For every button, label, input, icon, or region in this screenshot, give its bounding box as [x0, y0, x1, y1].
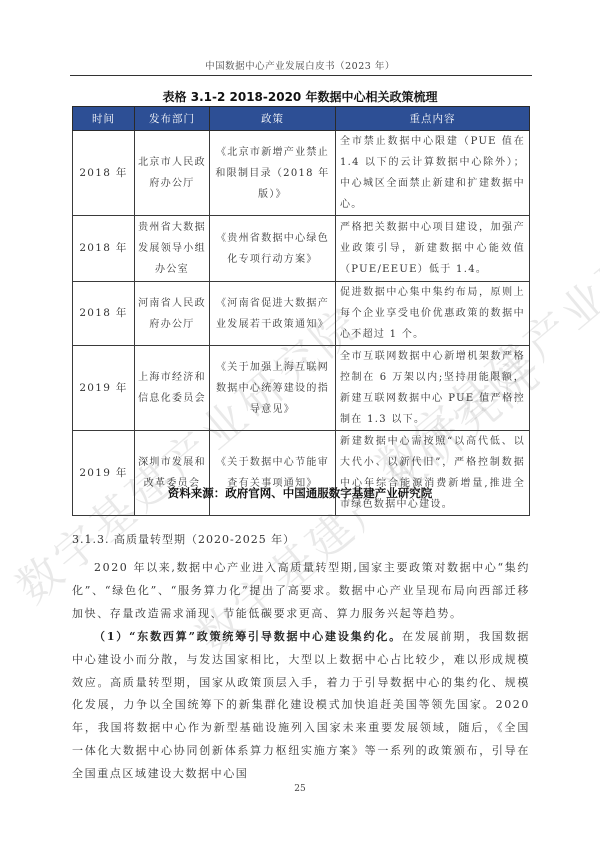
page-number: 25: [0, 784, 600, 794]
cell-content: 新建数据中心需按照“以高代低、以大代小、以新代旧”，严格控制数据中心年综合能源消…: [336, 431, 530, 516]
section-heading: 3.1.3. 高质量转型期（2020-2025 年）: [72, 531, 295, 547]
cell-policy: 《贵州省数据中心绿色化专项行动方案》: [210, 216, 336, 282]
cell-dept: 河南省人民政府办公厅: [135, 282, 210, 346]
cell-policy: 《河南省促进大数据产业发展若干政策通知》: [210, 282, 336, 346]
cell-dept: 贵州省大数据发展领导小组办公室: [135, 216, 210, 282]
table-row: 2018 年 北京市人民政府办公厅 《北京市新增产业禁止和限制目录（2018 年…: [73, 131, 530, 216]
body-paragraph: 2020 年以来,数据中心产业进入高质量转型期,国家主要政策对数据中心“集约化”…: [72, 557, 530, 625]
cell-time: 2019 年: [73, 346, 135, 431]
cell-policy: 《关于数据中心节能审查有关事项通知》: [210, 431, 336, 516]
table-row: 2018 年 河南省人民政府办公厅 《河南省促进大数据产业发展若干政策通知》 促…: [73, 282, 530, 346]
cell-content: 严格把关数据中心项目建设，加强产业政策引导，新建数据中心能效值（PUE/EEUE…: [336, 216, 530, 282]
table-caption: 表格 3.1-2 2018-2020 年数据中心相关政策梳理: [0, 88, 600, 105]
cell-policy: 《关于加强上海互联网数据中心统筹建设的指导意见》: [210, 346, 336, 431]
table-header-row: 时间 发布部门 政策 重点内容: [73, 107, 530, 131]
column-header-policy: 政策: [210, 107, 336, 131]
cell-content: 全市禁止数据中心限建（PUE 值在 1.4 以下的云计算数据中心除外）；中心城区…: [336, 131, 530, 216]
column-header-content: 重点内容: [336, 107, 530, 131]
column-header-dept: 发布部门: [135, 107, 210, 131]
policy-table: 时间 发布部门 政策 重点内容 2018 年 北京市人民政府办公厅 《北京市新增…: [72, 106, 530, 516]
table-row: 2018 年 贵州省大数据发展领导小组办公室 《贵州省数据中心绿色化专项行动方案…: [73, 216, 530, 282]
cell-dept: 上海市经济和信息化委员会: [135, 346, 210, 431]
cell-time: 2019 年: [73, 431, 135, 516]
table-row: 2019 年 上海市经济和信息化委员会 《关于加强上海互联网数据中心统筹建设的指…: [73, 346, 530, 431]
cell-dept: 北京市人民政府办公厅: [135, 131, 210, 216]
cell-dept: 深圳市发展和改革委员会: [135, 431, 210, 516]
cell-time: 2018 年: [73, 282, 135, 346]
source-note: 资料来源：政府官网、中国通服数字基建产业研究院: [0, 485, 600, 501]
cell-time: 2018 年: [73, 131, 135, 216]
body-paragraph: （1）“东数西算”政策统筹引导数据中心建设集约化。在发展前期，我国数据中心建设小…: [72, 626, 530, 786]
cell-time: 2018 年: [73, 216, 135, 282]
cell-policy: 《北京市新增产业禁止和限制目录（2018 年版）》: [210, 131, 336, 216]
column-header-time: 时间: [73, 107, 135, 131]
cell-content: 促进数据中心集中集约布局，原则上每个企业享受电价优惠政策的数据中心不超过 1 个…: [336, 282, 530, 346]
table-row: 2019 年 深圳市发展和改革委员会 《关于数据中心节能审查有关事项通知》 新建…: [73, 431, 530, 516]
running-header: 中国数据中心产业发展白皮书（2023 年）: [0, 58, 600, 72]
paragraph-text: 在发展前期，我国数据中心建设小而分散，与发达国家相比，大型以上数据中心占比较少，…: [72, 630, 530, 780]
cell-content: 全市互联网数据中心新增机架数严格控制在 6 万架以内;坚持用能限额，新建互联网数…: [336, 346, 530, 431]
header-rule: [70, 75, 532, 76]
paragraph-lead-bold: （1）“东数西算”政策统筹引导数据中心建设集约化。: [94, 630, 402, 643]
